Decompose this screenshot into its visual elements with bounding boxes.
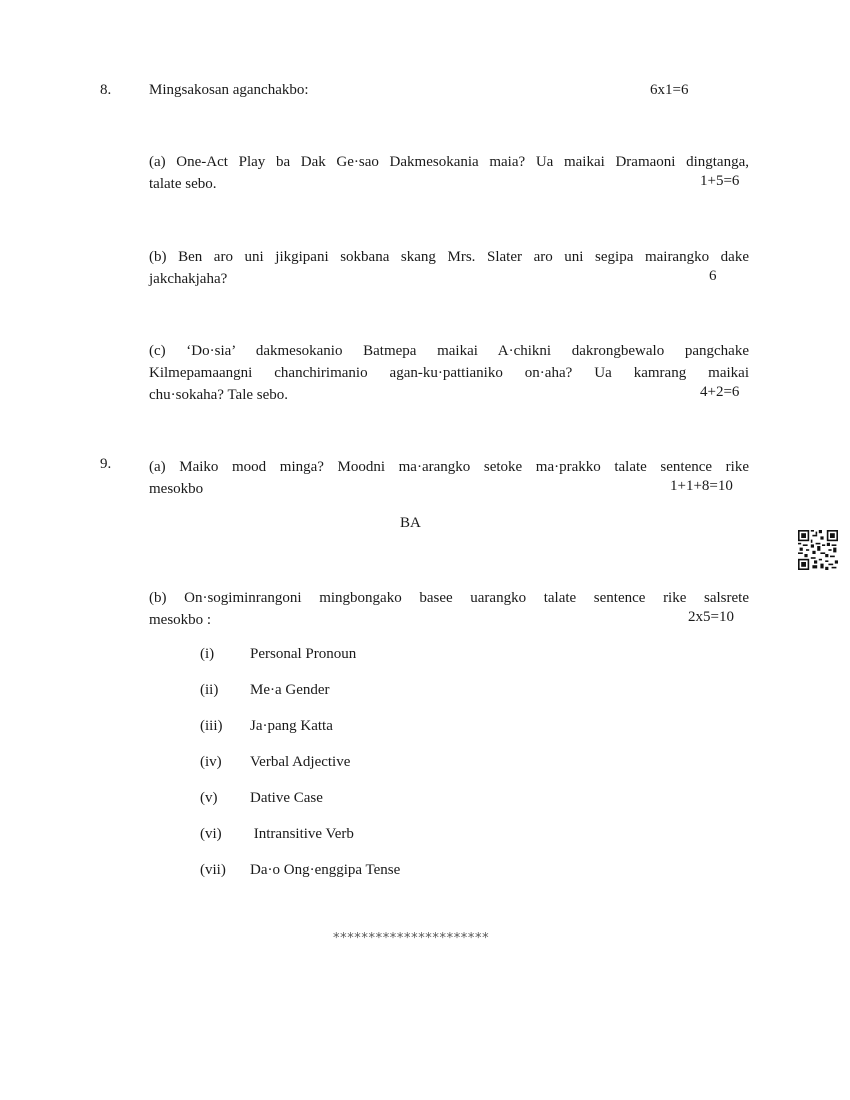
- question-8b-marks: 6: [709, 268, 717, 285]
- question-8a-marks: 1+5=6: [700, 173, 739, 190]
- question-9a-line-2: mesokbo: [149, 478, 749, 500]
- list-item-text: Me·a Gender: [250, 682, 330, 699]
- list-item-text: Intransitive Verb: [250, 826, 354, 843]
- question-8b: (b) Ben aro uni jikgipani sokbana skang …: [149, 246, 749, 290]
- list-item-text: Ja·pang Katta: [250, 718, 333, 735]
- question-9b: (b) On·sogiminrangoni mingbongako basee …: [149, 587, 749, 631]
- question-8c-line-3: chu·sokaha? Tale sebo.: [149, 384, 749, 406]
- question-9b-line-1: (b) On·sogiminrangoni mingbongako basee …: [149, 587, 749, 609]
- list-item-text: Da·o Ong·enggipa Tense: [250, 862, 400, 879]
- question-9a-marks: 1+1+8=10: [670, 478, 733, 495]
- question-9b-marks: 2x5=10: [688, 609, 734, 626]
- end-marker: **********************: [333, 931, 489, 946]
- or-label: BA: [400, 515, 421, 532]
- question-8c: (c) ‘Do·sia’ dakmesokanio Batmepa maikai…: [149, 340, 749, 406]
- question-9a-line-1: (a) Maiko mood minga? Moodni ma·arangko …: [149, 456, 749, 478]
- question-8b-line-2: jakchakjaha?: [149, 268, 749, 290]
- question-8-number: 8.: [100, 82, 111, 99]
- list-item-number: (i): [200, 646, 214, 663]
- list-item-number: (iii): [200, 718, 223, 735]
- question-8a-line-2: talate sebo.: [149, 173, 749, 195]
- question-8a-line-1: (a) One-Act Play ba Dak Ge·sao Dakmesoka…: [149, 151, 749, 173]
- question-8b-line-1: (b) Ben aro uni jikgipani sokbana skang …: [149, 246, 749, 268]
- qr-code-icon: [798, 530, 838, 570]
- list-item-text: Dative Case: [250, 790, 323, 807]
- list-item-number: (iv): [200, 754, 222, 771]
- question-8c-line-2: Kilmepamaangni chanchirimanio agan-ku·pa…: [149, 362, 749, 384]
- list-item-number: (vi): [200, 826, 222, 843]
- list-item-number: (ii): [200, 682, 218, 699]
- question-8c-marks: 4+2=6: [700, 384, 739, 401]
- list-item-text: Personal Pronoun: [250, 646, 356, 663]
- question-8-marks: 6x1=6: [650, 82, 688, 99]
- question-9a: (a) Maiko mood minga? Moodni ma·arangko …: [149, 456, 749, 500]
- question-9b-line-2: mesokbo :: [149, 609, 749, 631]
- question-8a: (a) One-Act Play ba Dak Ge·sao Dakmesoka…: [149, 151, 749, 195]
- question-8-title: Mingsakosan aganchakbo:: [149, 82, 309, 99]
- question-9-number: 9.: [100, 456, 111, 473]
- list-item-number: (vii): [200, 862, 226, 879]
- list-item-number: (v): [200, 790, 218, 807]
- list-item-text: Verbal Adjective: [250, 754, 350, 771]
- question-8c-line-1: (c) ‘Do·sia’ dakmesokanio Batmepa maikai…: [149, 340, 749, 362]
